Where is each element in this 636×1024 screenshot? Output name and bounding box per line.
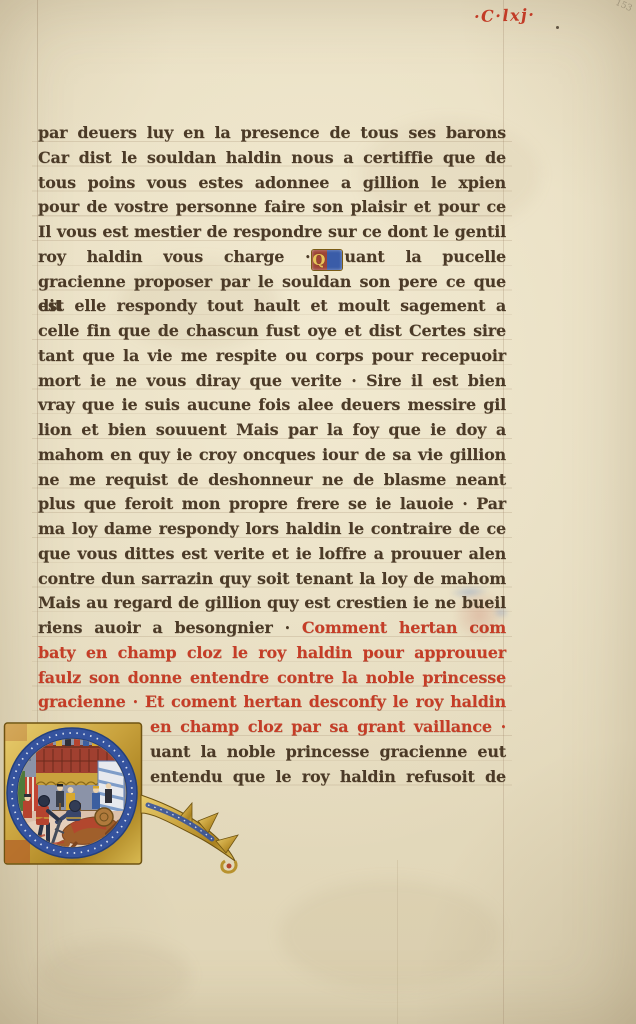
text-line: par deuers luy en la presence de tous se… [38,121,506,146]
text-line: lion et bien souuent Mais par la foy que… [38,418,506,443]
body-text: mahom en quy ie croy oncques iour de sa … [38,445,506,464]
text-line: baty en champ cloz le roy haldin pour ap… [38,641,506,666]
body-text: tant que la vie me respite ou corps pour… [38,346,506,365]
body-text: Mais au regard de gillion quy est cresti… [38,593,506,612]
champie-initial: Q [312,250,342,270]
corner-ornament [5,840,30,863]
parchment-mottle [280,880,500,990]
miniature-art [2,721,252,876]
corner-ornament [5,724,27,741]
text-line: est elle respondy tout hault et moult sa… [38,294,506,319]
text-line: riens auoir a besongnier · Comment herta… [38,616,506,641]
body-text: riens auoir a besongnier · [38,618,302,637]
body-text: tous poins vous estes adonnee a gillion … [38,173,506,192]
text-line: gracienne · Et coment hertan desconfy le… [38,690,506,715]
text-line: mort ie ne vous diray que verite · Sire … [38,369,506,394]
text-line: ne me requist de deshonneur ne de blasme… [38,468,506,493]
body-text: Car dist le souldan haldin nous a certif… [38,148,506,167]
text-line: Car dist le souldan haldin nous a certif… [38,146,506,171]
body-text: pour de vostre personne faire son plaisi… [38,197,506,216]
text-line: mahom en quy ie croy oncques iour de sa … [38,443,506,468]
text-line: Mais au regard de gillion quy est cresti… [38,591,506,616]
body-text: que vous dittes est verite et ie loffre … [38,544,506,563]
text-block: par deuers luy en la presence de tous se… [38,121,506,789]
body-text: lion et bien souuent Mais par la foy que… [38,420,506,439]
body-text: par deuers luy en la presence de tous se… [38,123,506,142]
body-text: mort ie ne vous diray que verite · Sire … [38,371,506,390]
body-text: plus que feroit mon propre frere se ie l… [38,494,506,513]
rubric-text: faulz son donne entendre contre la noble… [38,668,506,687]
text-line: pour de vostre personne faire son plaisi… [38,195,506,220]
manuscript-page: ·C·lxj· 153 par deuers luy en la presenc… [0,0,636,1024]
parchment-crease [397,860,398,1024]
ink-speck [556,26,559,29]
rubric-text: baty en champ cloz le roy haldin pour ap… [38,643,506,662]
illuminated-initial-q-miniature [2,721,252,876]
text-line: faulz son donne entendre contre la noble… [38,666,506,691]
rubric-text: Comment hertan com [302,618,506,637]
body-text: contre dun sarrazin quy soit tenant la l… [38,569,506,588]
text-line: plus que feroit mon propre frere se ie l… [38,492,506,517]
text-line: gracienne proposer par le souldan son pe… [38,270,506,295]
text-line: tant que la vie me respite ou corps pour… [38,344,506,369]
body-text: ne me requist de deshonneur ne de blasme… [38,470,506,489]
body-text: Il vous est mestier de respondre sur ce … [38,222,506,241]
body-text: roy haldin vous charge · [38,247,310,266]
text-line: roy haldin vous charge ·Quant la pucelle [38,245,506,270]
text-line: Il vous est mestier de respondre sur ce … [38,220,506,245]
body-text: vray que ie suis aucune fois alee deuers… [38,395,506,414]
text-line: tous poins vous estes adonnee a gillion … [38,171,506,196]
text-line: contre dun sarrazin quy soit tenant la l… [38,567,506,592]
body-text: uant la pucelle [344,247,506,266]
rubric-text: gracienne · Et coment hertan desconfy le… [38,692,506,711]
initial-tail-flourish [141,795,238,872]
text-line: celle fin que de chascun fust oye et dis… [38,319,506,344]
body-text: ma loy dame respondy lors haldin le cont… [38,519,506,538]
text-line: que vous dittes est verite et ie loffre … [38,542,506,567]
chapter-number-rubric: ·C·lxj· [474,5,536,26]
text-line: vray que ie suis aucune fois alee deuers… [38,393,506,418]
body-text: celle fin que de chascun fust oye et dis… [38,321,506,340]
parchment-mottle [40,940,190,1010]
text-line: ma loy dame respondy lors haldin le cont… [38,517,506,542]
round-shield [95,808,113,826]
folio-number-pencil: 153 [614,0,634,14]
body-text: est elle respondy tout hault et moult sa… [38,296,506,315]
